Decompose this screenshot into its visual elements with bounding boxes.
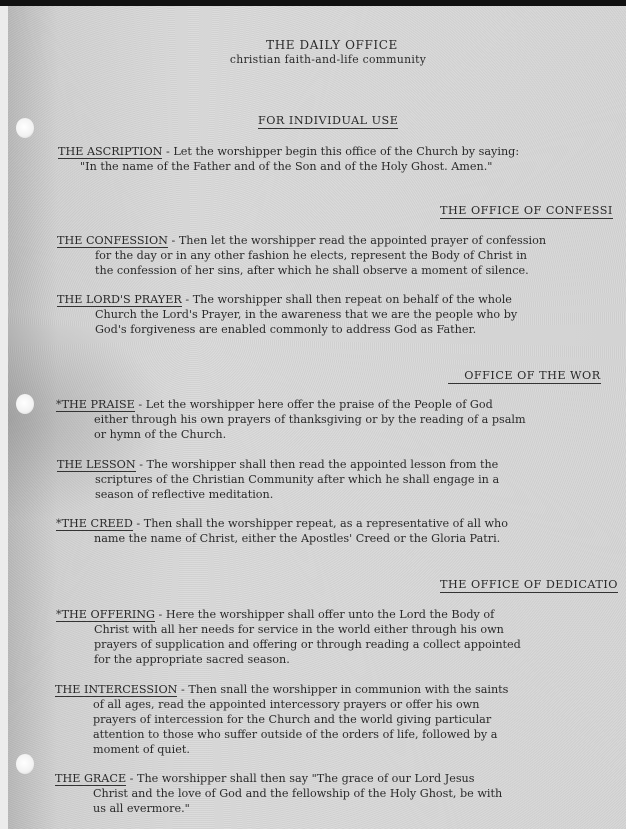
section-confession: THE CONFESSION - Then let the worshipper…	[57, 233, 546, 278]
document-title: THE DAILY OFFICE	[0, 38, 626, 52]
document-subtitle: christian faith-and-life community	[0, 53, 626, 66]
section-name: *THE OFFERING	[56, 608, 155, 622]
section-name: *THE PRAISE	[56, 398, 135, 412]
section-name: THE GRACE	[55, 772, 126, 786]
binder-hole-icon	[16, 754, 34, 774]
section-name: THE LORD'S PRAYER	[57, 293, 182, 307]
office-heading-word: OFFICE OF THE WOR	[448, 369, 601, 384]
section-lesson: THE LESSON - The worshipper shall then r…	[57, 457, 499, 502]
binder-hole-icon	[16, 118, 34, 138]
section-name: THE LESSON	[57, 458, 136, 472]
section-intercession: THE INTERCESSION - Then snall the worshi…	[55, 682, 508, 757]
usage-heading: FOR INDIVIDUAL USE	[258, 114, 398, 129]
section-name: THE INTERCESSION	[55, 683, 177, 697]
office-heading-confession: THE OFFICE OF CONFESSI	[440, 204, 613, 219]
section-offering: *THE OFFERING - Here the worshipper shal…	[56, 607, 521, 667]
section-name: *THE CREED	[56, 517, 133, 531]
section-ascription: THE ASCRIPTION - Let the worshipper begi…	[58, 144, 519, 174]
office-heading-dedication: THE OFFICE OF DEDICATIO	[440, 578, 618, 593]
section-lords-prayer: THE LORD'S PRAYER - The worshipper shall…	[57, 292, 517, 337]
section-name: THE ASCRIPTION	[58, 145, 162, 159]
scan-left-margin	[0, 6, 8, 829]
binder-hole-icon	[16, 394, 34, 414]
section-praise: *THE PRAISE - Let the worshipper here of…	[56, 397, 526, 442]
section-name: THE CONFESSION	[57, 234, 168, 248]
section-grace: THE GRACE - The worshipper shall then sa…	[55, 771, 502, 816]
section-creed: *THE CREED - Then shall the worshipper r…	[56, 516, 508, 546]
